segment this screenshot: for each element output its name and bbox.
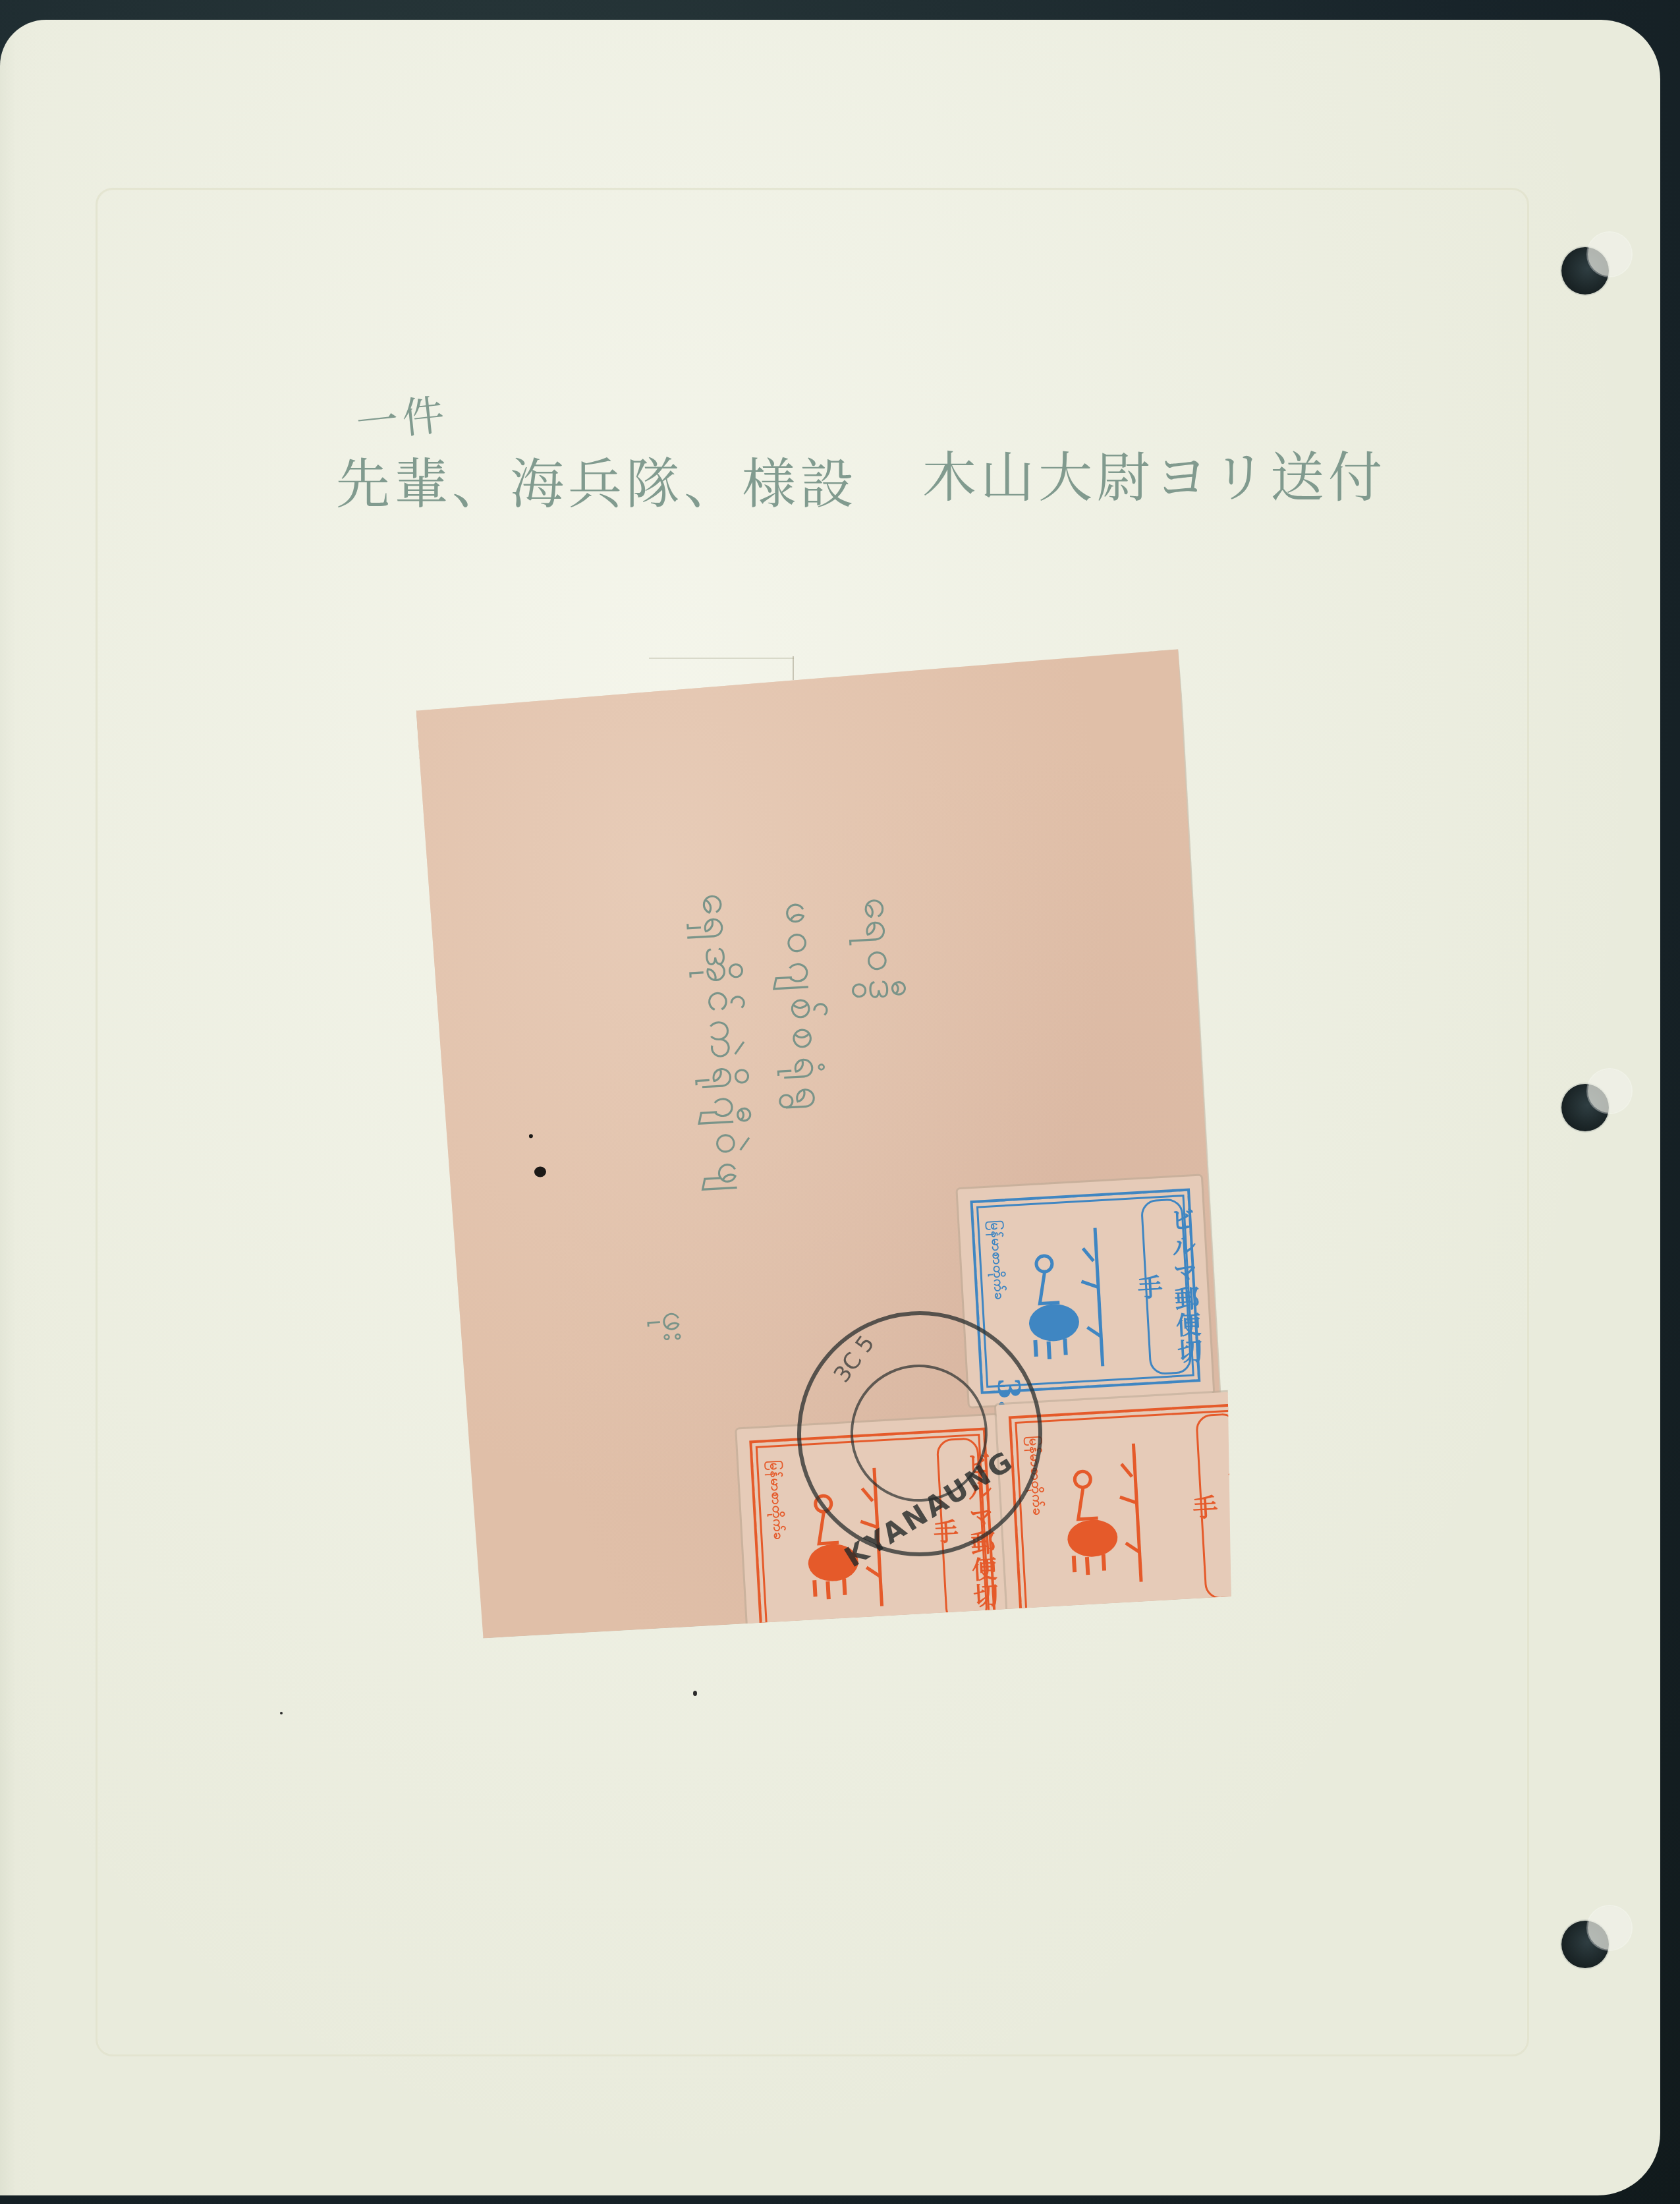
stamp-title: ビルマ郵便切手 <box>1140 1198 1192 1375</box>
annotation-line-2: 先輩、海兵隊、様設 <box>336 441 858 519</box>
punch-hole-middle <box>1561 1084 1609 1131</box>
album-page: 一件 先輩、海兵隊、様設 木山大尉ヨリ送付 ရေဝဒွီ ဖဝဂျစ်စရုံရ… <box>0 20 1660 2195</box>
address-line-1: ရေဝဒွီ <box>849 895 915 1008</box>
annotation-line-3: 木山大尉ヨリ送付 <box>922 435 1386 512</box>
ox-cart-icon <box>1054 1436 1155 1593</box>
ink-spot <box>534 1166 547 1177</box>
punch-hole-bottom <box>1561 1921 1609 1968</box>
hinge-mark <box>649 658 794 672</box>
address-line-3: ရှေအိုင်ကဲရိုဂျီဝဲဖျ <box>687 891 764 1199</box>
punch-hole-top <box>1561 247 1609 295</box>
ox-cart-icon <box>1016 1221 1117 1377</box>
address-line-4: ဖုး <box>648 1309 704 1349</box>
page-speck <box>280 1712 283 1714</box>
address-line-2: ဖဝဂျစ်စရုံရွ <box>770 899 842 1117</box>
ink-speck <box>529 1134 533 1138</box>
annotation-line-1: 一件 <box>353 381 451 451</box>
page-speck <box>693 1691 697 1696</box>
